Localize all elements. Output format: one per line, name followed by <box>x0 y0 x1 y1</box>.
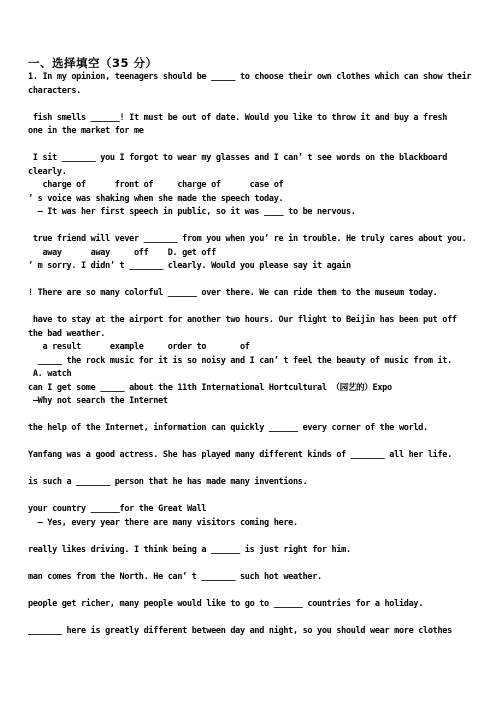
text-line: ! There are so many colorful ______ over… <box>28 287 488 301</box>
text-line: can I get some _____ about the 11th Inte… <box>28 382 488 396</box>
text-line <box>28 490 488 504</box>
text-line <box>28 530 488 544</box>
text-line <box>28 301 488 315</box>
worksheet-page: 一、选择填空（35 分） 1. In my opinion, teenagers… <box>0 0 502 708</box>
text-line <box>28 409 488 423</box>
text-line: people get richer, many people would lik… <box>28 598 488 612</box>
text-line: — Yes, every year there are many visitor… <box>28 517 488 531</box>
text-line: charge of front of charge of case of <box>28 179 488 193</box>
text-line <box>28 436 488 450</box>
text-line: a result example order to of <box>28 341 488 355</box>
text-line: ’ s voice was shaking when she made the … <box>28 193 488 207</box>
text-line: the bad weather. <box>28 328 488 342</box>
text-line: _____ the rock music for it is so noisy … <box>28 355 488 369</box>
text-line: your country ______for the Great Wall <box>28 503 488 517</box>
text-line: characters. <box>28 85 488 99</box>
text-line <box>28 557 488 571</box>
text-line: — It was her first speech in public, so … <box>28 206 488 220</box>
text-line: I sit _______ you I forgot to wear my gl… <box>28 152 488 166</box>
text-line: _______ here is greatly different betwee… <box>28 625 488 639</box>
text-line: have to stay at the airport for another … <box>28 314 488 328</box>
text-line: Yanfang was a good actress. She has play… <box>28 449 488 463</box>
text-line: is such a _______ person that he has mad… <box>28 476 488 490</box>
text-line: away away off D. get off <box>28 247 488 261</box>
text-line: 1. In my opinion, teenagers should be __… <box>28 71 488 85</box>
text-line: A. watch <box>28 368 488 382</box>
text-line <box>28 463 488 477</box>
text-line <box>28 98 488 112</box>
text-line: man comes from the North. He can’ t ____… <box>28 571 488 585</box>
text-lines-container: 1. In my opinion, teenagers should be __… <box>28 71 488 638</box>
text-line: clearly. <box>28 166 488 180</box>
text-line: fish smells ______! It must be out of da… <box>28 112 488 126</box>
document-body: 一、选择填空（35 分） 1. In my opinion, teenagers… <box>28 56 488 638</box>
text-line <box>28 139 488 153</box>
text-line <box>28 584 488 598</box>
text-line: —Why not search the Internet <box>28 395 488 409</box>
text-line <box>28 274 488 288</box>
text-line <box>28 611 488 625</box>
text-line: ’ m sorry. I didn’ t _______ clearly. Wo… <box>28 260 488 274</box>
text-line: true friend will vever _______ from you … <box>28 233 488 247</box>
text-line: one in the market for me <box>28 125 488 139</box>
text-line <box>28 220 488 234</box>
text-line: really likes driving. I think being a __… <box>28 544 488 558</box>
text-line: the help of the Internet, information ca… <box>28 422 488 436</box>
section-heading: 一、选择填空（35 分） <box>28 56 488 71</box>
